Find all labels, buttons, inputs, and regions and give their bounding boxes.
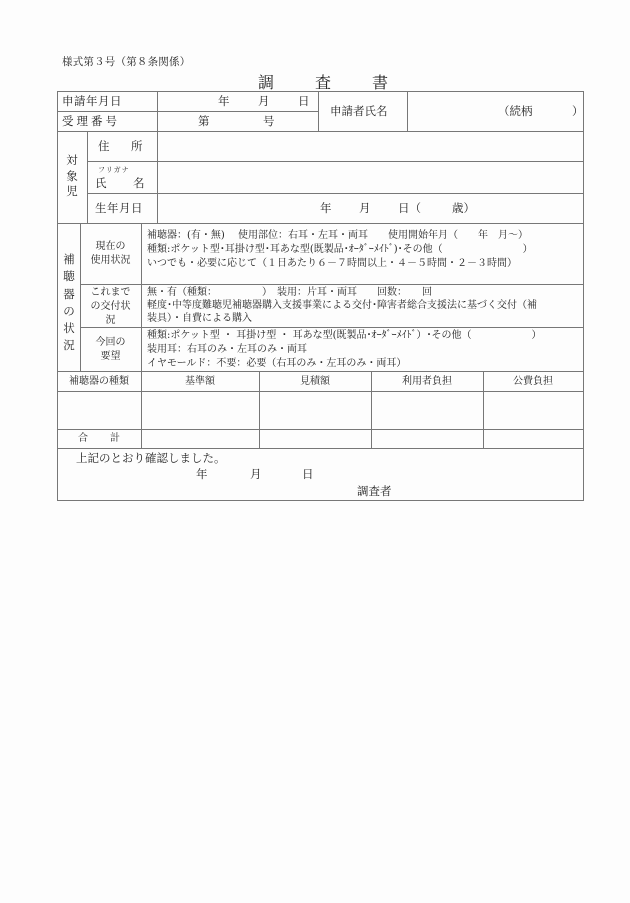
divider xyxy=(57,91,584,92)
hearing-aid-section-label: 補 聴 器 の 状 況 xyxy=(59,251,79,355)
month-unit: 月 xyxy=(258,94,270,108)
total-label: 計 xyxy=(110,432,120,446)
divider xyxy=(87,131,88,223)
total-user-burden-cell[interactable] xyxy=(372,430,483,448)
day-unit: 日 xyxy=(298,94,310,108)
divider xyxy=(80,327,584,328)
standard-amount-cell[interactable] xyxy=(142,392,259,429)
divider xyxy=(57,111,319,112)
column-header-user-burden: 利用者負担 xyxy=(371,375,483,389)
divider xyxy=(57,371,584,372)
option-line: 無・有（種類： ） 装用：片耳・両耳 回数： 回 xyxy=(147,286,432,300)
label-line: 今回の xyxy=(80,336,141,350)
hearing-aid-type-cell[interactable] xyxy=(58,392,141,429)
child-section-label: 対 象 児 xyxy=(62,153,82,200)
past-issuance-label: これまで の交付状 況 xyxy=(80,286,141,328)
label-char: の xyxy=(59,303,79,320)
month-unit: 月 xyxy=(250,467,262,481)
label-char: 状 xyxy=(59,320,79,337)
total-estimate-amount-cell[interactable] xyxy=(260,430,371,448)
user-burden-cell[interactable] xyxy=(372,392,483,429)
label-char: 聴 xyxy=(59,268,79,285)
option-line: 種類:ポケット型 ・ 耳掛け型 ・ 耳あな型(既製品･ｵｰﾀﾞｰﾒｲﾄﾞ）･その… xyxy=(147,329,542,343)
divider xyxy=(57,448,584,449)
year-unit: 年 xyxy=(320,201,332,215)
application-date-label: 申請年月日 xyxy=(62,94,122,108)
form-number: 様式第３号（第８条関係） xyxy=(62,54,190,69)
address-label: 所 xyxy=(131,139,143,153)
estimate-amount-cell[interactable] xyxy=(260,392,371,429)
divider xyxy=(407,91,408,131)
name-label: 名 xyxy=(133,176,145,190)
title-char: 調 xyxy=(258,70,274,93)
option-line: 装用耳：右耳のみ・左耳のみ・両耳 xyxy=(147,343,307,357)
divider xyxy=(583,91,584,501)
birthdate-label: 生年月日 xyxy=(95,201,143,215)
current-request-label: 今回の 要望 xyxy=(80,336,141,364)
total-standard-amount-cell[interactable] xyxy=(142,430,259,448)
label-char: 補 xyxy=(59,251,79,268)
divider xyxy=(57,223,584,224)
address-label: 住 xyxy=(98,139,110,153)
label-line: 現在の xyxy=(80,240,141,254)
address-field[interactable] xyxy=(157,131,583,161)
label-char: 象 xyxy=(62,169,82,185)
receipt-suffix: 号 xyxy=(263,114,275,128)
label-line: 使用状況 xyxy=(80,254,141,268)
public-burden-cell[interactable] xyxy=(484,392,583,429)
divider xyxy=(80,284,584,285)
applicant-name-label: 申請者氏名 xyxy=(330,104,388,118)
label-line: の交付状 xyxy=(80,300,141,314)
confirmation-statement: 上記のとおり確認しました。 xyxy=(76,451,226,465)
column-header-estimate-amount: 見積額 xyxy=(259,375,371,389)
day-unit: 日（ xyxy=(398,201,421,215)
name-label: 氏 xyxy=(95,176,107,190)
year-unit: 年 xyxy=(218,94,230,108)
year-unit: 年 xyxy=(196,467,208,481)
relationship-label: （続柄 xyxy=(498,104,533,118)
day-unit: 日 xyxy=(302,467,314,481)
title-char: 査 xyxy=(315,70,331,93)
label-char: 況 xyxy=(59,337,79,354)
option-line: 補聴器：(有・無) 使用部位：右耳・左耳・両耳 使用開始年月（ 年 月～） xyxy=(147,229,528,243)
page-title: 調 査 書 xyxy=(258,70,388,93)
divider xyxy=(157,91,158,131)
investigator-signature-field[interactable] xyxy=(395,482,580,498)
child-name-field[interactable] xyxy=(157,161,583,193)
column-header-public-burden: 公費負担 xyxy=(483,375,583,389)
option-line: いつでも・必要に応じて（１日あたり６－７時間以上・４－５時間・２－３時間） xyxy=(147,257,517,271)
month-unit: 月 xyxy=(359,201,371,215)
label-line: これまで xyxy=(80,286,141,300)
option-line: 装具）・自費による購入 xyxy=(147,312,252,326)
column-header-hearing-aid-type: 補聴器の種類 xyxy=(57,375,141,389)
relationship-close: ） xyxy=(572,104,584,118)
option-line: 種類:ポケット型･耳掛け型･耳あな型(既製品･ｵｰﾀﾞｰﾒｲﾄﾞ)･その他（ ） xyxy=(147,243,533,257)
age-unit: 歳） xyxy=(452,201,475,215)
option-line: イヤモールド：不要：必要（右耳のみ・左耳のみ・両耳） xyxy=(147,357,406,371)
divider xyxy=(318,91,319,131)
divider xyxy=(57,500,584,501)
total-label: 合 xyxy=(78,432,88,446)
option-line: 軽度･中等度難聴児補聴器購入支援事業による交付･障害者総合支援法に基づく交付（補 xyxy=(147,299,537,313)
receipt-number-label: 受理番号 xyxy=(62,114,120,128)
label-line: 況 xyxy=(80,314,141,328)
label-line: 要望 xyxy=(80,350,141,364)
column-header-standard-amount: 基準額 xyxy=(141,375,259,389)
divider xyxy=(141,223,142,371)
divider xyxy=(57,91,58,501)
label-char: 対 xyxy=(62,153,82,169)
label-char: 児 xyxy=(62,184,82,200)
receipt-prefix: 第 xyxy=(198,114,210,128)
label-char: 器 xyxy=(59,286,79,303)
investigator-label: 調査者 xyxy=(357,484,392,498)
total-public-burden-cell[interactable] xyxy=(484,430,583,448)
title-char: 書 xyxy=(372,70,388,93)
current-use-label: 現在の 使用状況 xyxy=(80,240,141,268)
furigana-label: フリガナ xyxy=(98,163,130,177)
divider xyxy=(87,193,584,194)
